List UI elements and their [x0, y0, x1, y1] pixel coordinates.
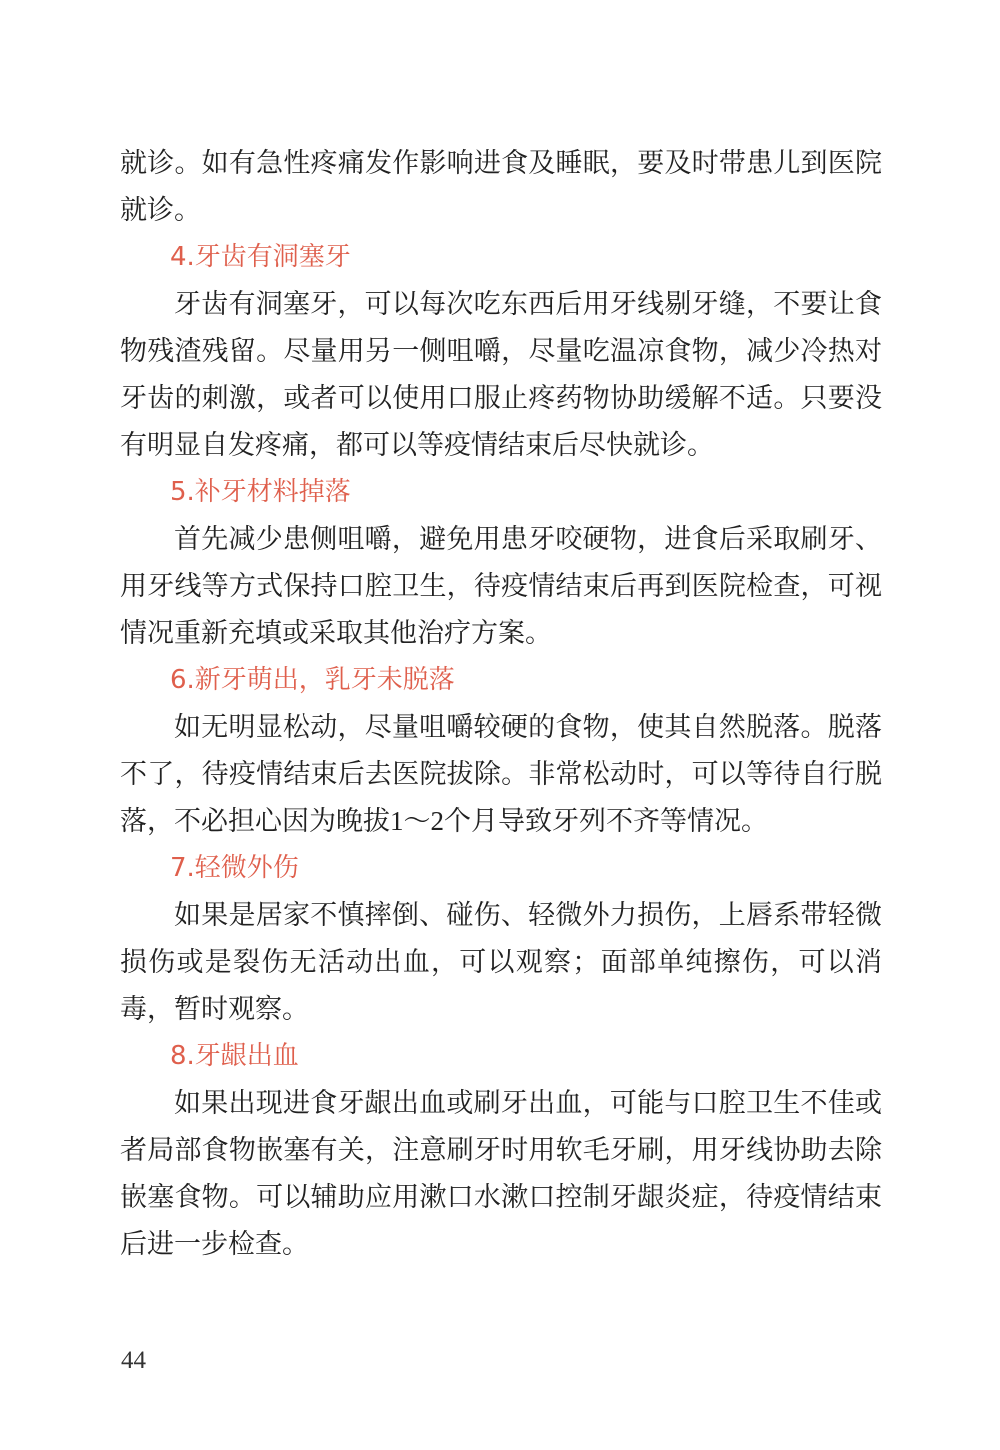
paragraph-continuation: 就诊。如有急性疼痛发作影响进食及睡眠，要及时带患儿到医院就诊。	[120, 140, 882, 234]
page-number: 44	[121, 1346, 146, 1376]
section-heading-8: 8.牙龈出血	[120, 1033, 882, 1080]
section-paragraph-4: 牙齿有洞塞牙，可以每次吃东西后用牙线剔牙缝，不要让食物残渣残留。尽量用另一侧咀嚼…	[120, 281, 882, 469]
section-paragraph-5: 首先减少患侧咀嚼，避免用患牙咬硬物，进食后采取刷牙、用牙线等方式保持口腔卫生，待…	[120, 516, 882, 657]
document-page: 就诊。如有急性疼痛发作影响进食及睡眠，要及时带患儿到医院就诊。 4.牙齿有洞塞牙…	[0, 0, 1000, 1450]
page-content: 就诊。如有急性疼痛发作影响进食及睡眠，要及时带患儿到医院就诊。 4.牙齿有洞塞牙…	[120, 140, 882, 1268]
section-heading-6: 6.新牙萌出，乳牙未脱落	[120, 657, 882, 704]
section-heading-4: 4.牙齿有洞塞牙	[120, 234, 882, 281]
section-paragraph-8: 如果出现进食牙龈出血或刷牙出血，可能与口腔卫生不佳或者局部食物嵌塞有关，注意刷牙…	[120, 1080, 882, 1268]
section-paragraph-6: 如无明显松动，尽量咀嚼较硬的食物，使其自然脱落。脱落不了，待疫情结束后去医院拔除…	[120, 704, 882, 845]
section-paragraph-7: 如果是居家不慎摔倒、碰伤、轻微外力损伤，上唇系带轻微损伤或是裂伤无活动出血，可以…	[120, 892, 882, 1033]
section-heading-7: 7.轻微外伤	[120, 845, 882, 892]
section-heading-5: 5.补牙材料掉落	[120, 469, 882, 516]
